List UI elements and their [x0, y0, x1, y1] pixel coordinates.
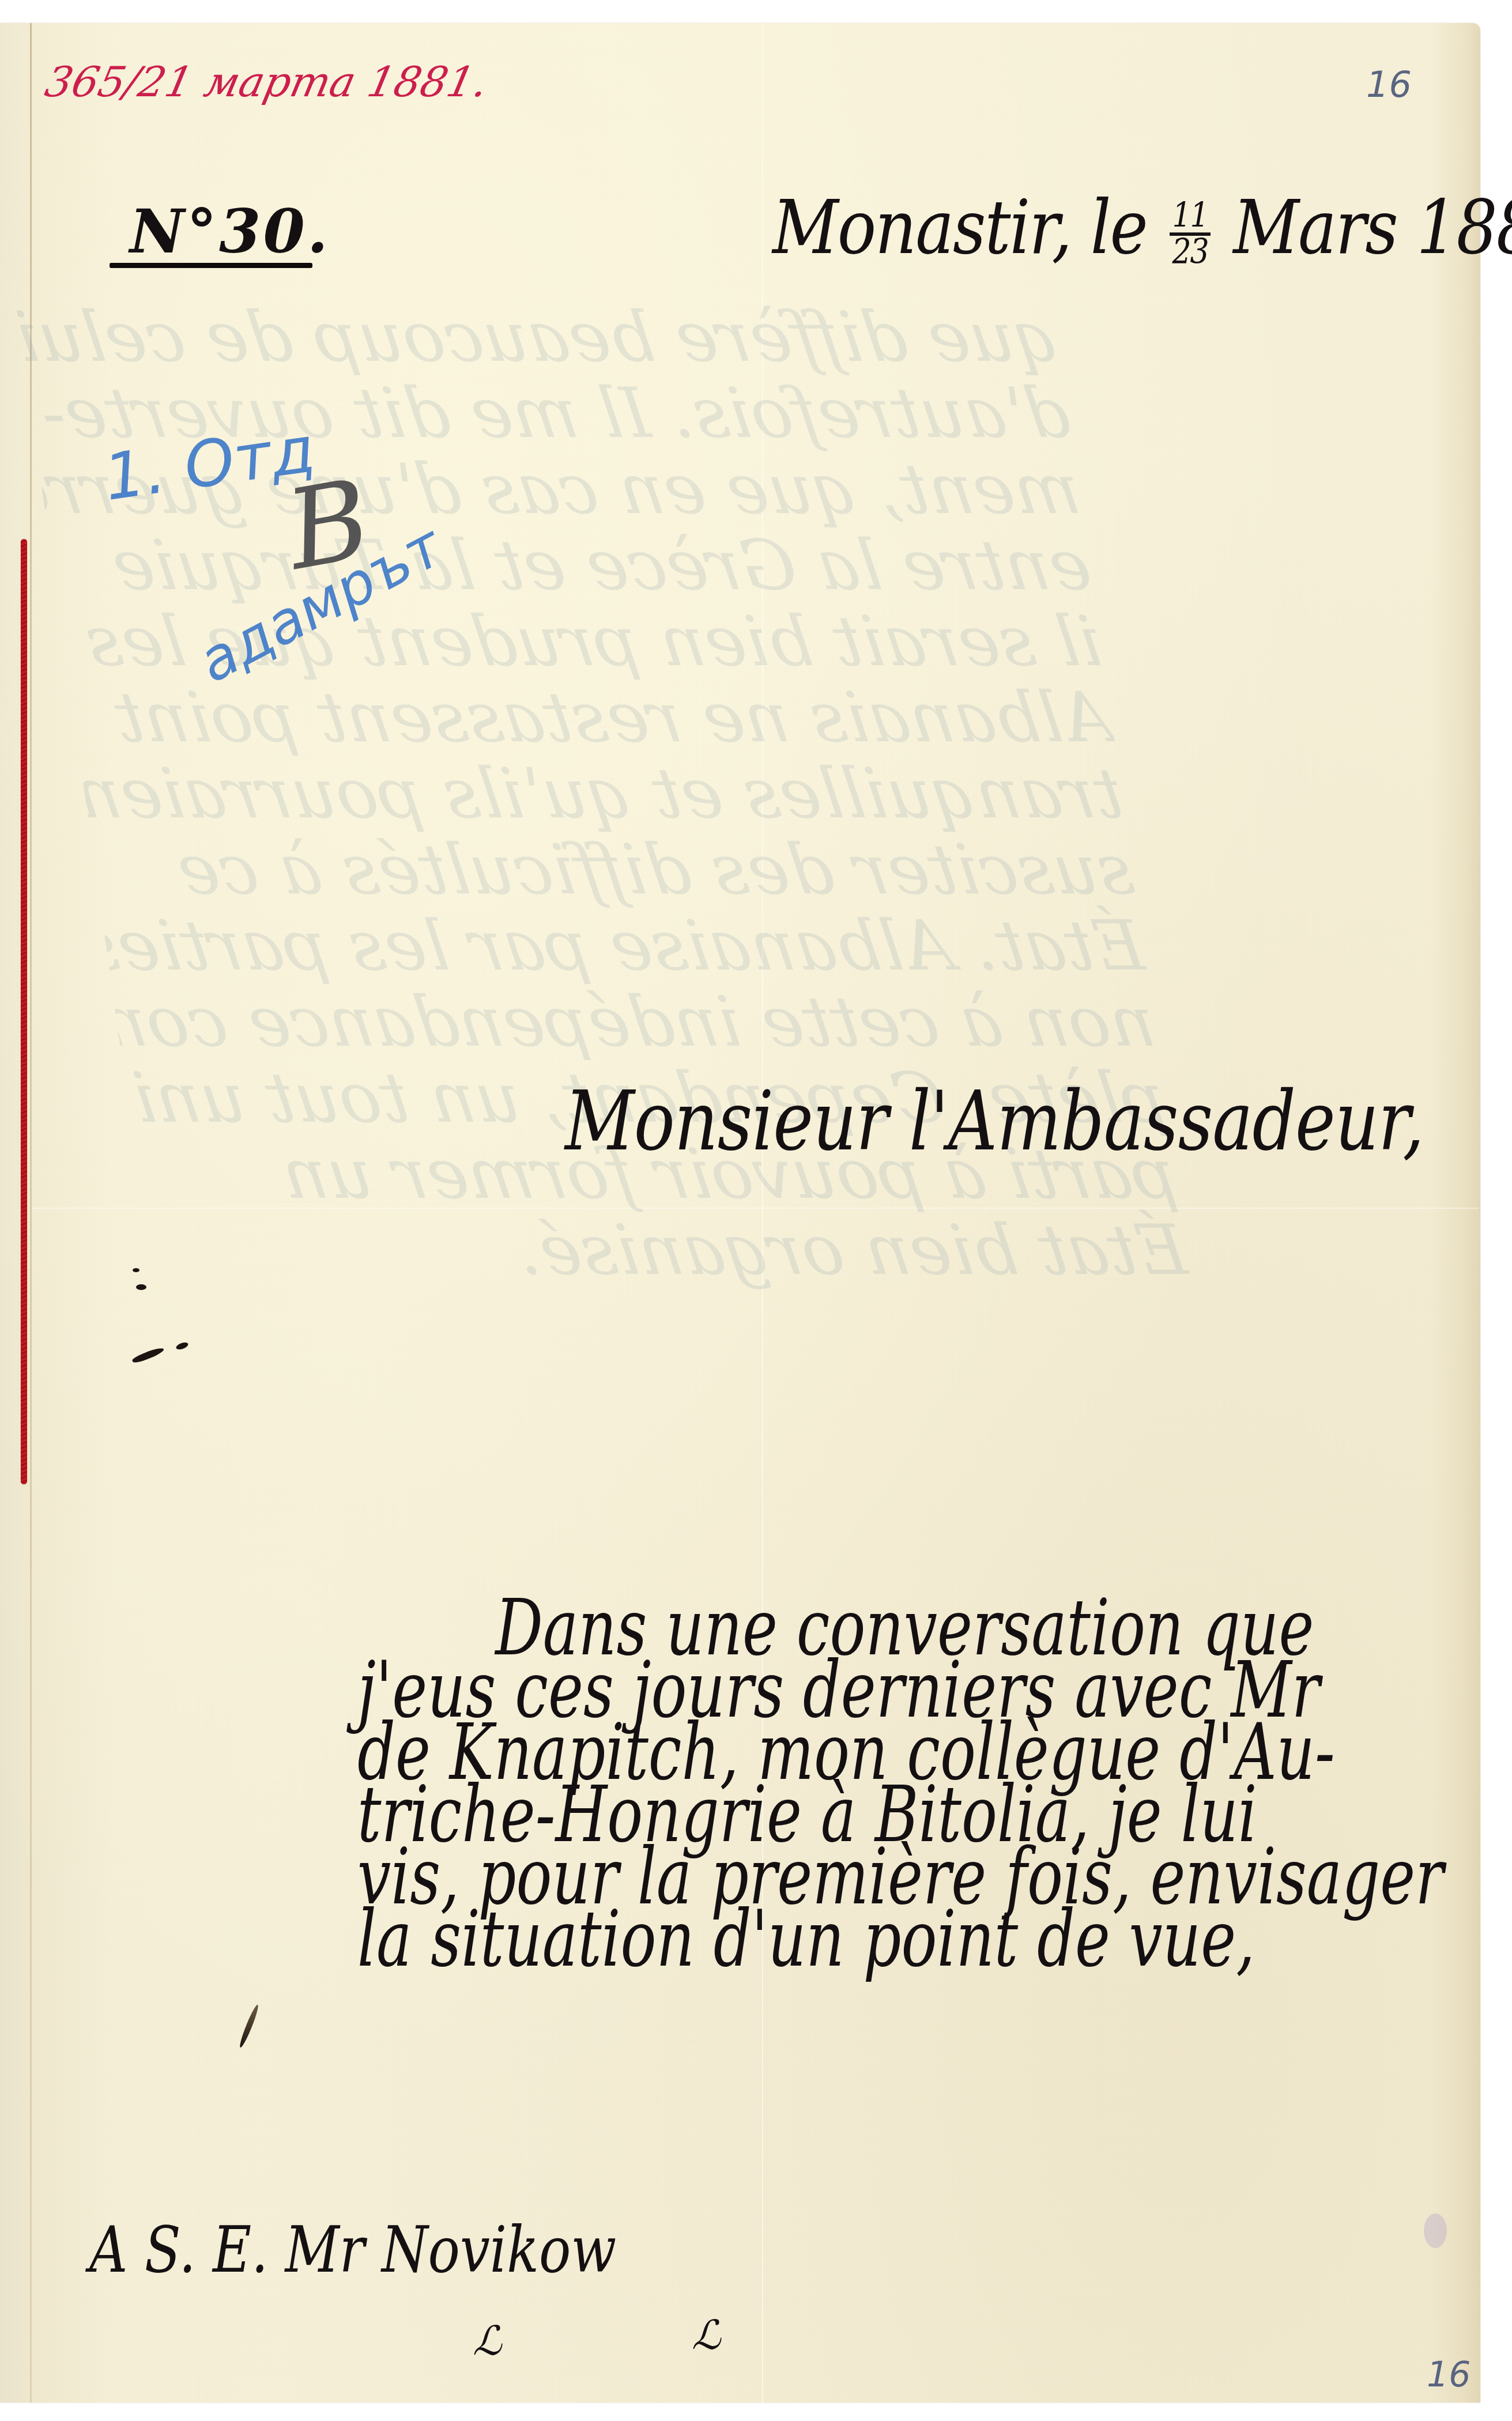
document-number: N°30.	[130, 196, 330, 267]
paper-sheet	[0, 23, 1480, 2403]
addressee-line: A S. E. Mr Novikow	[89, 2213, 616, 2287]
spine-fold	[30, 23, 32, 2403]
red-binding-thread	[21, 539, 27, 1484]
vertical-fold-crease	[762, 23, 763, 2403]
letter-body: Dans une conversation que j'eus ces jour…	[357, 1597, 1487, 1970]
place-date-line: Monastir, le 11 23 Mars 1881.	[772, 185, 1512, 271]
purple-stain	[1424, 2213, 1447, 2248]
ink-blot	[136, 1284, 146, 1290]
dual-date-fraction: 11 23	[1170, 199, 1210, 269]
folio-number-bottom: 16	[1427, 2355, 1470, 2395]
place-date-prefix: Monastir, le	[772, 185, 1147, 271]
ink-blot	[133, 1268, 139, 1272]
body-line: la situation d'un point de vue,	[357, 1902, 1397, 1977]
folio-number-top: 16	[1366, 63, 1412, 105]
date-suffix: Mars 1881.	[1233, 185, 1512, 271]
date-old-style: 11	[1170, 199, 1210, 235]
ink-flourish-mark: ℒ	[692, 2311, 721, 2359]
document-number-underline	[110, 263, 312, 268]
salutation: Monsieur l'Ambassadeur,	[565, 1073, 1424, 1169]
date-new-style: 23	[1170, 235, 1210, 268]
ink-flourish-mark: ℒ	[473, 2317, 502, 2365]
registry-annotation: 365/21 марта 1881.	[41, 58, 492, 106]
horizontal-fold-crease	[32, 1208, 1479, 1209]
